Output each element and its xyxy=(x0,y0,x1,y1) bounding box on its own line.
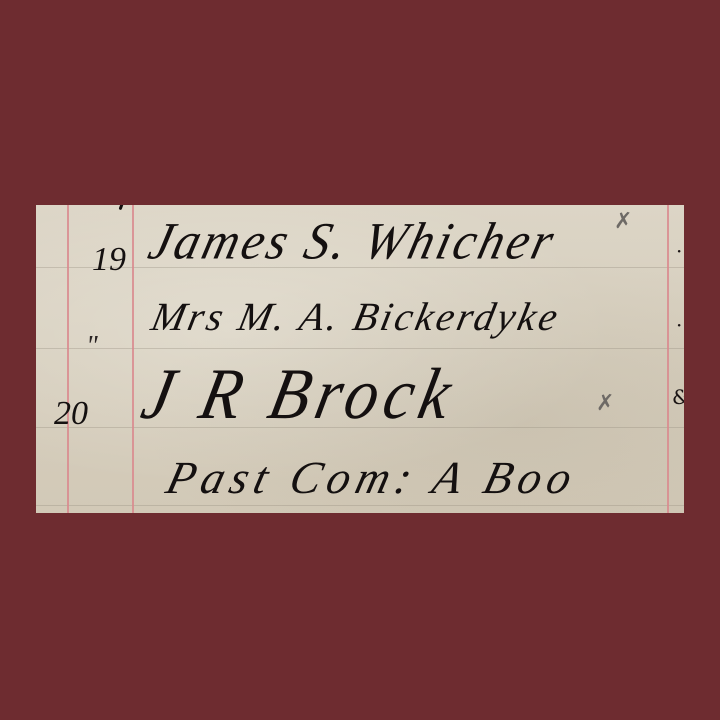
margin-rule-number xyxy=(132,205,134,513)
entry-note: Past Com: A Boo xyxy=(162,455,583,501)
edge-ink-mark: & xyxy=(672,387,684,407)
check-mark-icon: ✗ xyxy=(596,393,614,415)
entry-name: James S. Whicher xyxy=(144,215,562,268)
margin-rule-left xyxy=(67,205,69,513)
check-mark-icon: ✗ xyxy=(614,211,632,233)
entry-name: J R Brock xyxy=(136,358,463,431)
edge-ink-mark: · xyxy=(676,315,682,335)
entry-number: 20 xyxy=(54,397,88,431)
ink-mark xyxy=(119,205,125,210)
entry-number: 19 xyxy=(92,243,126,277)
ditto-mark: " xyxy=(86,333,98,361)
edge-ink-mark: · xyxy=(676,241,682,261)
ledger-page-photo: 19 James S. Whicher ✗ " Mrs M. A. Bicker… xyxy=(36,205,684,513)
entry-name: Mrs M. A. Bickerdyke xyxy=(148,297,564,337)
margin-rule-right xyxy=(667,205,669,513)
